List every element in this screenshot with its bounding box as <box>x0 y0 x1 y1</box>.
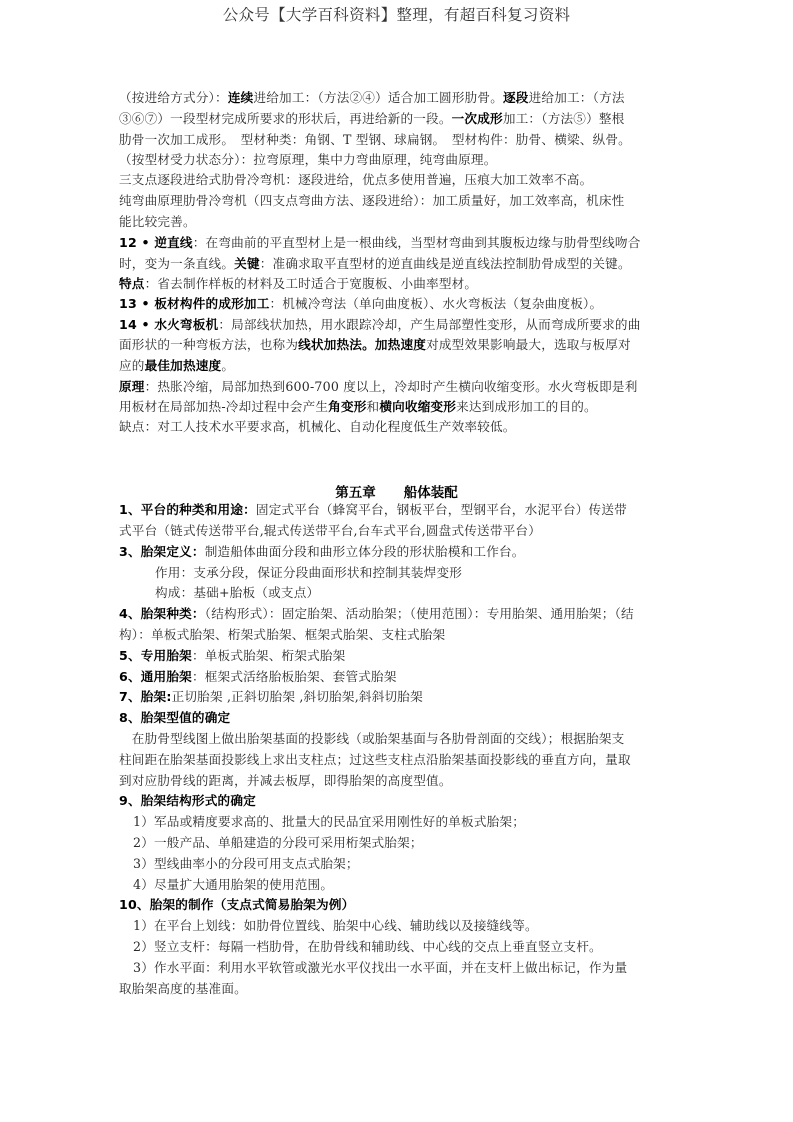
bold-term: 6、通用胎架 <box>119 669 192 684</box>
text-line: 式平台（链式传送带平台,辊式传送带平台,台车式平台,圆盘式传送带平台） <box>119 521 679 541</box>
bold-term: 10、胎架的制作（支点式简易胎架为例） <box>119 897 354 912</box>
text: 面形状的一种弯板方法，也称为 <box>119 337 298 352</box>
bold-term: 加热速度 <box>375 337 426 352</box>
list-item: 2）一般产品、单船建造的分段可采用桁架式胎架； <box>133 833 693 853</box>
bold-term: 3、胎架定义： <box>119 544 205 559</box>
bold-term: 14 • 水火弯板机 <box>119 317 218 332</box>
bold-term: 最佳加热速度 <box>145 358 222 373</box>
section-heading: 9、胎架结构形式的确定 <box>119 791 679 811</box>
chapter-title: 第五章船体装配 <box>0 481 793 501</box>
text: 加工：（方法⑤）整根 <box>503 111 625 126</box>
text-line: 肋骨一次加工成形。 型材种类：角钢、T 型钢、球扁钢。 型材构件：肋骨、横梁、纵… <box>119 130 679 150</box>
text-line: 12 • 逆直线：在弯曲前的平直型材上是一根曲线，当型材弯曲到其腹板边缘与肋骨型… <box>119 233 679 253</box>
text-line: ③⑥⑦）一段型材完成所要求的形状后，再进给新的一段。一次成形加工：（方法⑤）整根 <box>119 109 679 129</box>
text: 。 <box>221 358 234 373</box>
text-line: 13 • 板材构件的成形加工：机械冷弯法（单向曲度板）、水火弯板法（复杂曲度板）… <box>119 294 679 314</box>
text-line: 原理：热胀冷缩，局部加热到600-700 度以上，冷却时产生横向收缩变形。水火弯… <box>119 377 679 397</box>
text-line: 7、胎架:正切胎架 ,正斜切胎架 ,斜切胎架,斜斜切胎架 <box>119 687 679 707</box>
text: 进给加工：（方法 <box>529 90 625 105</box>
list-item: 4）尽量扩大通用胎架的使用范围。 <box>133 875 693 895</box>
list-item: 1）在平台上划线：如肋骨位置线、胎架中心线、辅助线以及接缝线等。 <box>133 916 693 936</box>
text-line: （按进给方式分）：连续进给加工：（方法②④）适合加工圆形肋骨。逐段进给加工：（方… <box>119 88 679 108</box>
text: ③⑥⑦）一段型材完成所要求的形状后，再进给新的一段。 <box>119 111 452 126</box>
text: 固定式平台（蜂窝平台，钢板平台，型钢平台，水泥平台）传送带 <box>256 502 627 517</box>
text: 应的 <box>119 358 145 373</box>
bold-term: 8、胎架型值的确定 <box>119 710 230 725</box>
text-line: 纯弯曲原理肋骨冷弯机（四支点弯曲方法、逐段进给）：加工质量好，加工效率高，机床性 <box>119 191 679 211</box>
text: 对成型效果影响最大，选取与板厚对 <box>426 337 631 352</box>
bold-term: 一次成形 <box>452 111 503 126</box>
text-line: 6、通用胎架：框架式活络胎板胎架、套管式胎架 <box>119 667 679 687</box>
bold-term: 横向收缩变形 <box>379 399 456 414</box>
text: （结构形式）：固定胎架、活动胎架；（使用范围）：专用胎架、通用胎架；（结 <box>205 606 634 621</box>
text: 来达到成形加工的目的。 <box>456 399 597 414</box>
bold-term: 12 • 逆直线 <box>119 235 193 250</box>
text: ：机械冷弯法（单向曲度板）、水火弯板法（复杂曲度板）。 <box>270 296 603 311</box>
page-header: 公众号【大学百科资料】整理，有超百科复习资料 <box>0 3 793 25</box>
text: ：框架式活络胎板胎架、套管式胎架 <box>192 669 397 684</box>
text-line: 特点：省去制作样板的材料及工时适合于宽腹板、小曲率型材。 <box>119 274 679 294</box>
list-item: 1）军品或精度要求高的、批量大的民品宜采用刚性好的单板式胎架； <box>133 812 693 832</box>
bold-term: 4、胎架种类： <box>119 606 205 621</box>
text: 进给加工：（方法②④）适合加工圆形肋骨。 <box>253 90 503 105</box>
text-line: 时，变为一条直线。关键：准确求取平直型材的逆直曲线是逆直线法控制肋骨成型的关键。 <box>119 254 679 274</box>
text-line: 5、专用胎架：单板式胎架、桁架式胎架 <box>119 646 679 666</box>
text-line: 应的最佳加热速度。 <box>119 356 679 376</box>
text-line: 1、平台的种类和用途：固定式平台（蜂窝平台，钢板平台，型钢平台，水泥平台）传送带 <box>119 500 679 520</box>
text-line: 面形状的一种弯板方法，也称为线状加热法。加热速度对成型效果影响最大，选取与板厚对 <box>119 335 679 355</box>
text: 正切胎架 ,正斜切胎架 ,斜切胎架,斜斜切胎架 <box>172 689 423 704</box>
list-item: 3）作水平面：利用水平软管或激光水平仪找出一水平面，并在支杆上做出标记，作为量 <box>133 958 693 978</box>
text-line: 14 • 水火弯板机：局部线状加热，用水跟踪冷却，产生局部塑性变形，从而弯成所要… <box>119 315 679 335</box>
chapter-name: 船体装配 <box>404 485 458 501</box>
list-item: 2）竖立支杆：每隔一档肋骨，在肋骨线和辅助线、中心线的交点上垂直竖立支杆。 <box>133 937 693 957</box>
text-line: 取胎架高度的基准面。 <box>119 979 679 999</box>
chapter-number: 第五章 <box>335 485 376 501</box>
text-line: 柱间距在胎架基面投影线上求出支柱点；过这些支柱点沿胎架基面投影线的垂直方向，量取 <box>119 750 679 770</box>
text-line: 能比较完善。 <box>119 212 679 232</box>
text-line: （按型材受力状态分）：拉弯原理，集中力弯曲原理，纯弯曲原理。 <box>119 150 679 170</box>
text: ：单板式胎架、桁架式胎架 <box>192 648 346 663</box>
bold-term: 原理 <box>119 379 145 394</box>
bold-term: 特点 <box>119 276 145 291</box>
text: 制造船体曲面分段和曲形立体分段的形状胎模和工作台。 <box>205 544 525 559</box>
bold-term: 连续 <box>228 90 254 105</box>
bold-term: 9、胎架结构形式的确定 <box>119 793 256 808</box>
text-line: 4、胎架种类：（结构形式）：固定胎架、活动胎架；（使用范围）：专用胎架、通用胎架… <box>119 604 679 624</box>
text: ：在弯曲前的平直型材上是一根曲线，当型材弯曲到其腹板边缘与肋骨型线吻合 <box>193 235 641 250</box>
text: ：局部线状加热，用水跟踪冷却，产生局部塑性变形，从而弯成所要求的曲 <box>218 317 640 332</box>
text-line: 构）：单板式胎架、桁架式胎架、框架式胎架、支柱式胎架 <box>119 625 679 645</box>
list-item: 3）型线曲率小的分段可用支点式胎架； <box>133 854 693 874</box>
text-line: 3、胎架定义：制造船体曲面分段和曲形立体分段的形状胎模和工作台。 <box>119 542 679 562</box>
text: ：省去制作样板的材料及工时适合于宽腹板、小曲率型材。 <box>145 276 478 291</box>
bold-term: 线状加热法。 <box>298 337 375 352</box>
text-line: 构成：基础+胎板（或支点） <box>155 583 715 603</box>
bold-term: 1、平台的种类和用途： <box>119 502 256 517</box>
text: ：热胀冷缩，局部加热到600-700 度以上，冷却时产生横向收缩变形。水火弯板即… <box>145 379 638 394</box>
text-line: 三支点逐段进给式肋骨冷弯机：逐段进给，优点多使用普遍，压痕大加工效率不高。 <box>119 170 679 190</box>
text: 时，变为一条直线。 <box>119 256 234 271</box>
text: 用板材在局部加热-冷却过程中会产生 <box>119 399 328 414</box>
text: ：准确求取平直型材的逆直曲线是逆直线法控制肋骨成型的关键。 <box>260 256 631 271</box>
bold-term: 13 • 板材构件的成形加工 <box>119 296 270 311</box>
text-line: 在肋骨型线图上做出胎架基面的投影线（或胎架基面与各肋骨剖面的交线）；根据胎架支 <box>119 729 679 749</box>
bold-term: 关键 <box>234 256 260 271</box>
section-heading: 8、胎架型值的确定 <box>119 708 679 728</box>
text: （按进给方式分）： <box>119 90 228 105</box>
text-line: 作用：支承分段，保证分段曲面形状和控制其装焊变形 <box>155 563 715 583</box>
text-line: 缺点：对工人技术水平要求高，机械化、自动化程度低生产效率较低。 <box>119 417 679 437</box>
bold-term: 5、专用胎架 <box>119 648 192 663</box>
text-line: 用板材在局部加热-冷却过程中会产生角变形和横向收缩变形来达到成形加工的目的。 <box>119 397 679 417</box>
bold-term: 7、胎架: <box>119 689 172 704</box>
section-heading: 10、胎架的制作（支点式简易胎架为例） <box>119 895 679 915</box>
bold-term: 逐段 <box>503 90 529 105</box>
bold-term: 角变形 <box>328 399 366 414</box>
text-line: 到对应肋骨线的距离，并减去板厚，即得胎架的高度型值。 <box>119 771 679 791</box>
text: 和 <box>367 399 380 414</box>
